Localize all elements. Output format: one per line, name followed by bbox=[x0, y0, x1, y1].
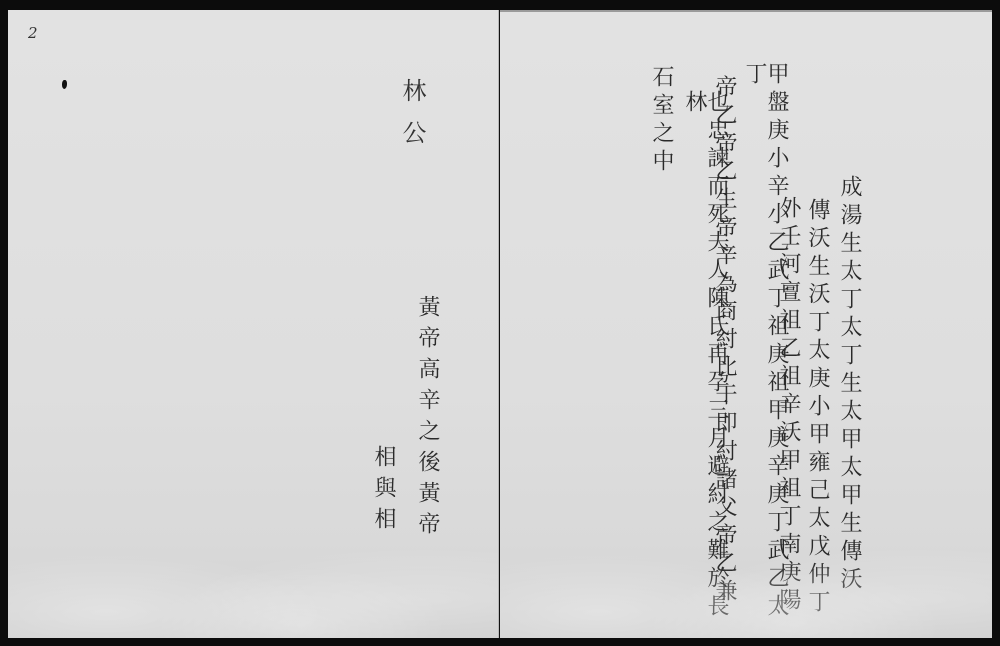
left-column-1: 黃帝高辛之後黃帝 bbox=[416, 295, 438, 543]
page-number: 2 bbox=[28, 24, 38, 42]
right-column-7: 石室之中 bbox=[650, 65, 672, 177]
left-column-2: 相與相 bbox=[372, 445, 394, 538]
right-column-6: 也忠諫而死夫人陳氏再孕三月避紂之難於長林 bbox=[683, 90, 727, 638]
right-column-4: 甲盤庚小辛小乙武丁祖庚祖甲庚辛庚丁武乙太丁 bbox=[743, 62, 787, 638]
lineage-title: 林公 bbox=[400, 78, 424, 162]
manuscript-spread: 2 林公 黃帝高辛之後黃帝 相與相 成湯生太丁太丁生太甲太甲生傳沃 傳沃生沃丁太… bbox=[8, 10, 992, 638]
right-column-2: 傳沃生沃丁太庚小甲雍己太戊仲丁 bbox=[806, 198, 828, 618]
ink-blot bbox=[62, 80, 67, 89]
right-page: 成湯生太丁太丁生太甲太甲生傳沃 傳沃生沃丁太庚小甲雍己太戊仲丁 外壬河亶祖乙祖辛… bbox=[500, 10, 992, 638]
left-page: 2 林公 黃帝高辛之後黃帝 相與相 bbox=[8, 10, 499, 638]
right-column-1: 成湯生太丁太丁生太甲太甲生傳沃 bbox=[838, 175, 860, 595]
